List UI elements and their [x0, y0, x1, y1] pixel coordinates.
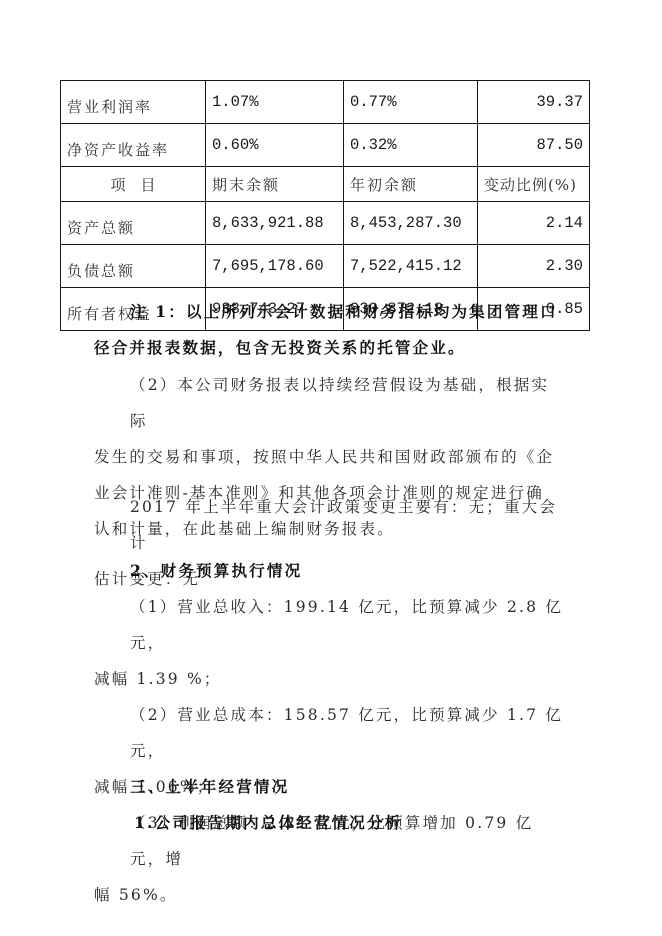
cell-change-pct: 2.14 — [478, 202, 590, 245]
cell-change-pct: 39.37 — [478, 81, 590, 124]
cell-year-start: 0.32% — [344, 124, 478, 167]
section-operations: 三、上半年经营情况 1.公司报告期内总体经营情况分析 — [94, 769, 564, 841]
note-1-line-1: 注 1：以上所列示会计数据和财务指标均为集团管理口 — [94, 294, 564, 330]
cell-period-end: 8,633,921.88 — [206, 202, 344, 245]
section-budget-execution: 2、财务预算执行情况 （1）营业总收入：199.14 亿元，比预算减少 2.8 … — [94, 553, 564, 913]
para-line: 发生的交易和事项，按照中华人民共和国财政部颁布的《企 — [94, 439, 564, 475]
section-heading: 三、上半年经营情况 — [94, 769, 564, 805]
cell-period-end: 7,695,178.60 — [206, 245, 344, 288]
header-period-end: 期末余额 — [206, 167, 344, 202]
cell-year-start: 7,522,415.12 — [344, 245, 478, 288]
row-label: 营业利润率 — [61, 81, 206, 124]
cell-year-start: 0.77% — [344, 81, 478, 124]
subsection-heading: 1.公司报告期内总体经营情况分析 — [94, 805, 564, 841]
budget-item-cost: （2）营业总成本：158.57 亿元，比预算减少 1.7 亿元， — [94, 697, 564, 769]
note-1: 注 1：以上所列示会计数据和财务指标均为集团管理口 径合并报表数据，包含无投资关… — [94, 294, 564, 366]
cell-change-pct: 2.30 — [478, 245, 590, 288]
header-item: 项 目 — [61, 167, 206, 202]
budget-item-profit-cont: 幅 56%。 — [94, 877, 564, 913]
row-label: 资产总额 — [61, 202, 206, 245]
para-line: 2017 年上半年重大会计政策变更主要有：无；重大会计 — [94, 489, 564, 561]
header-year-start: 年初余额 — [344, 167, 478, 202]
cell-year-start: 8,453,287.30 — [344, 202, 478, 245]
header-change-pct: 变动比例(%) — [478, 167, 590, 202]
budget-item-revenue-cont: 减幅 1.39 %； — [94, 661, 564, 697]
para-line: （2）本公司财务报表以持续经营假设为基础，根据实际 — [94, 367, 564, 439]
table-row: 资产总额 8,633,921.88 8,453,287.30 2.14 — [61, 202, 590, 245]
table-row: 营业利润率 1.07% 0.77% 39.37 — [61, 81, 590, 124]
table-row: 净资产收益率 0.60% 0.32% 87.50 — [61, 124, 590, 167]
budget-item-revenue: （1）营业总收入：199.14 亿元，比预算减少 2.8 亿元， — [94, 589, 564, 661]
table-row: 负债总额 7,695,178.60 7,522,415.12 2.30 — [61, 245, 590, 288]
row-label: 净资产收益率 — [61, 124, 206, 167]
cell-change-pct: 87.50 — [478, 124, 590, 167]
section-heading: 2、财务预算执行情况 — [94, 553, 564, 589]
cell-period-end: 1.07% — [206, 81, 344, 124]
note-1-line-2: 径合并报表数据，包含无投资关系的托管企业。 — [94, 330, 564, 366]
cell-period-end: 0.60% — [206, 124, 344, 167]
table-header-row: 项 目 期末余额 年初余额 变动比例(%) — [61, 167, 590, 202]
row-label: 负债总额 — [61, 245, 206, 288]
